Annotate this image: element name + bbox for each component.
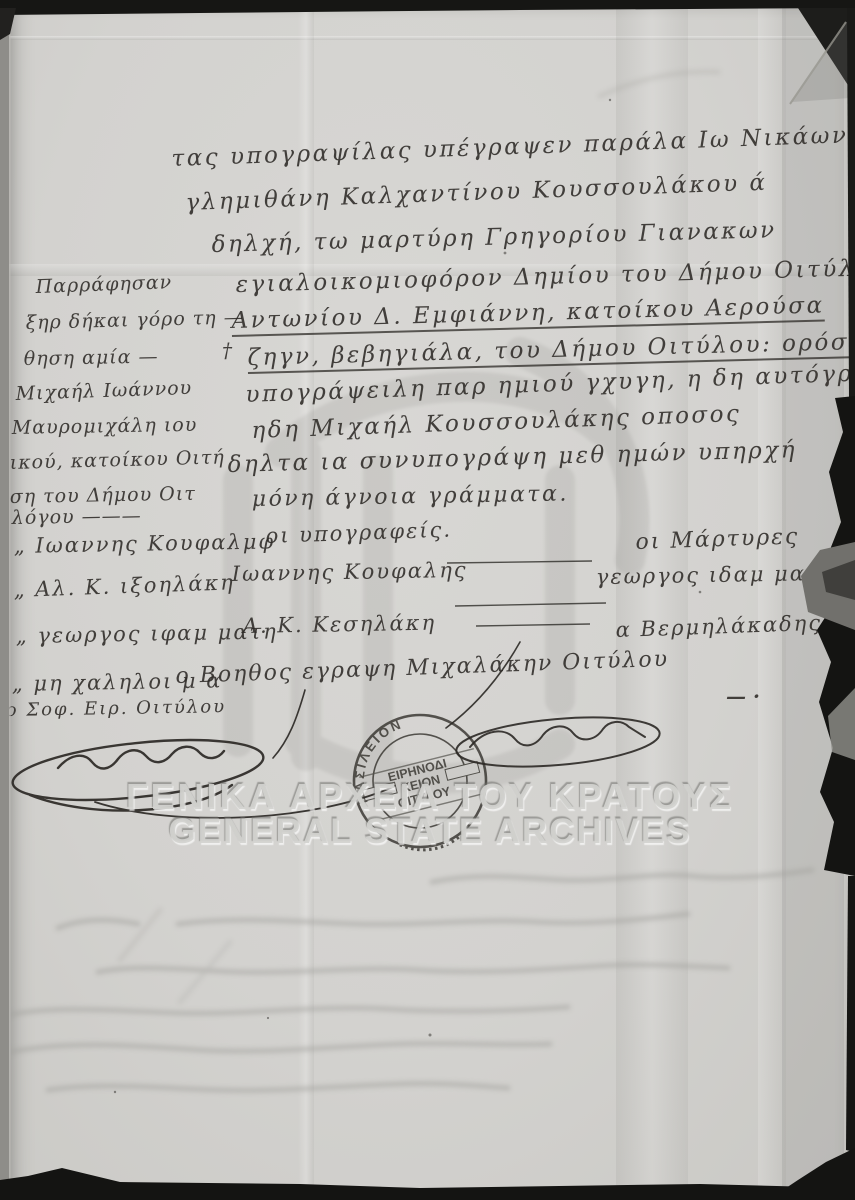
scan-edge-left (0, 8, 9, 1200)
paper-sheet (9, 8, 855, 1200)
scanned-document-page: τας υπογραψίλας υπέγραψεν παράλα Ιω Νικά… (0, 0, 855, 1200)
